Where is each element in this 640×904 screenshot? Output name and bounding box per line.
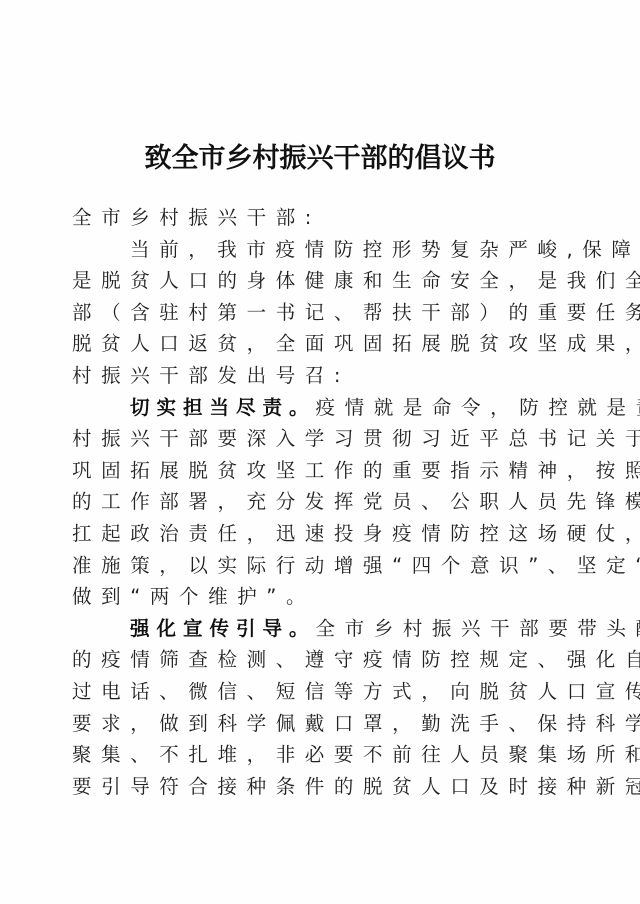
document-title: 致全市乡村振兴干部的倡议书 (0, 141, 640, 177)
paragraph-publicity: 强化宣传引导。全市乡村振兴干部要带头配合做好必要 的疫情筛查检测、遵守疫情防控规… (72, 613, 574, 803)
salutation: 全市乡村振兴干部: (72, 202, 574, 234)
text-line: 是脱贫人口的身体健康和生命安全，是我们全市乡村振兴干 (72, 265, 574, 297)
text-line: 要求，做到科学佩戴口罩，勤洗手、保持科学社交距离，少 (72, 708, 574, 740)
text-line: 的工作部署，充分发挥党员、公职人员先锋模范作用，坚决 (72, 486, 574, 518)
text-line: 部（含驻村第一书记、帮扶干部）的重要任务，为切实防止 (72, 297, 574, 329)
text-line: 的疫情筛查检测、遵守疫情防控规定、强化自身防护。要通 (72, 644, 574, 676)
text-line: 巩固拓展脱贫攻坚工作的重要指示精神，按照各级党委政府 (72, 455, 574, 487)
text-line: 强化宣传引导。全市乡村振兴干部要带头配合做好必要 (72, 613, 574, 645)
document-page: 致全市乡村振兴干部的倡议书 全市乡村振兴干部: 当前，我市疫情防控形势复杂严峻,… (0, 0, 640, 904)
text-line: 扛起政治责任，迅速投身疫情防控这场硬仗，科学防控、精 (72, 518, 574, 550)
text-span: 疫情就是命令，防控就是责任。全市乡 (316, 396, 640, 419)
text-line: 村振兴干部要深入学习贯彻习近平总书记关于疫情防控和 (72, 423, 574, 455)
text-line: 切实担当尽责。疫情就是命令，防控就是责任。全市乡 (72, 392, 574, 424)
text-line: 准施策，以实际行动增强“四个意识”、坚定“四个自信”、 (72, 550, 574, 582)
paragraph-intro: 当前，我市疫情防控形势复杂严峻,保障人民群众特别 是脱贫人口的身体健康和生命安全… (72, 234, 574, 392)
paragraph-lead-heading: 强化宣传引导。 (130, 617, 316, 640)
text-line: 要引导符合接种条件的脱贫人口及时接种新冠肺炎疫苗，自 (72, 771, 574, 803)
paragraph-responsibility: 切实担当尽责。疫情就是命令，防控就是责任。全市乡 村振兴干部要深入学习贯彻习近平… (72, 392, 574, 613)
text-line: 做到“两个维护”。 (72, 581, 574, 613)
text-line: 脱贫人口返贫，全面巩固拓展脱贫攻坚成果，我们向广大乡 (72, 328, 574, 360)
text-span: 全市乡村振兴干部要带头配合做好必要 (316, 617, 640, 640)
paragraph-lead-heading: 切实担当尽责。 (130, 396, 316, 419)
text-line: 聚集、不扎堆，非必要不前往人员聚集场所和中高风险区。 (72, 739, 574, 771)
text-line: 过电话、微信、短信等方式，向脱贫人口宣传当地疫情防控 (72, 676, 574, 708)
text-line: 当前，我市疫情防控形势复杂严峻,保障人民群众特别 (72, 234, 574, 266)
document-body: 全市乡村振兴干部: 当前，我市疫情防控形势复杂严峻,保障人民群众特别 是脱贫人口… (72, 202, 574, 802)
text-line: 村振兴干部发出号召: (72, 360, 574, 392)
